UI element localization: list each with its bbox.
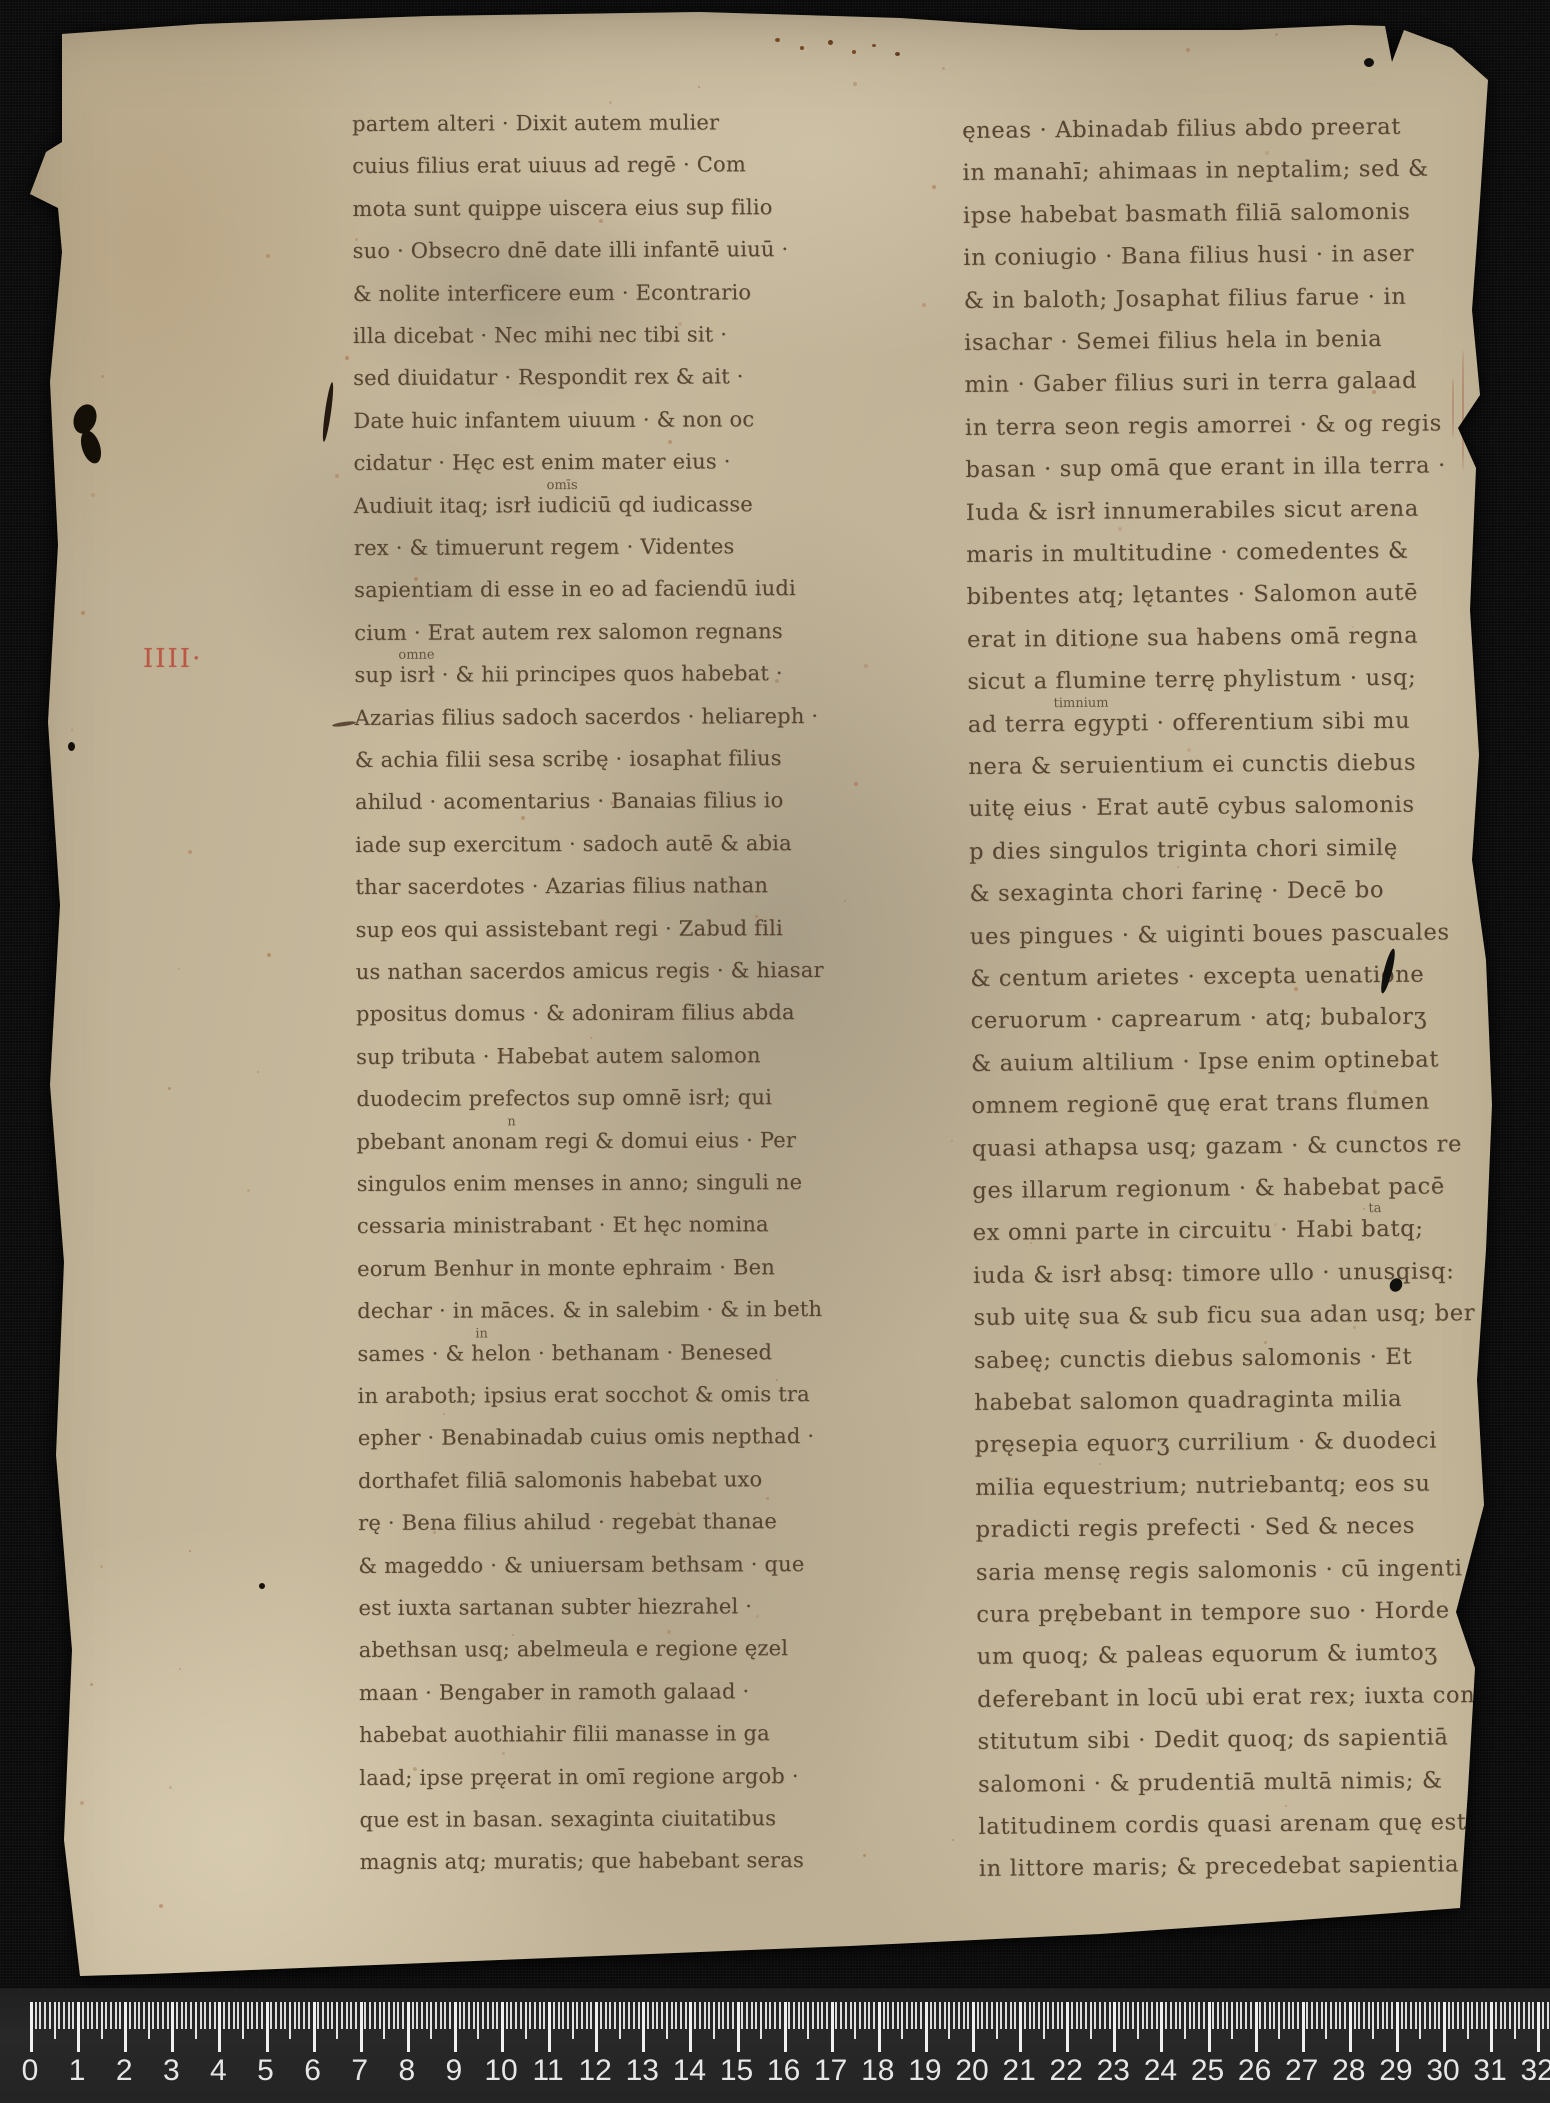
ruler-tick [1532, 2002, 1534, 2029]
manuscript-text-line: sup isrł · & hii principes quos habebat … [354, 661, 782, 705]
ruler-tick [1066, 2002, 1069, 2052]
ruler-tick [115, 2002, 117, 2029]
ruler-tick [162, 2002, 164, 2029]
parchment-speck [952, 1839, 954, 1841]
ruler-tick [826, 2002, 828, 2029]
parchment-speck [922, 303, 926, 307]
parchment-speck [1197, 630, 1201, 634]
ruler-tick [444, 2002, 446, 2029]
ruler-tick [294, 2002, 296, 2029]
ruler-tick [1368, 2002, 1370, 2029]
ruler-tick [148, 2002, 150, 2039]
ruler-number: 19 [908, 2054, 941, 2088]
ruler-tick [934, 2002, 936, 2029]
interlinear-gloss: omne [398, 648, 434, 663]
ruler-tick [1358, 2002, 1360, 2029]
parchment-speck [853, 82, 857, 86]
ruler-tick [1434, 2002, 1436, 2029]
parchment-speck [413, 1767, 417, 1771]
ruler-tick [275, 2002, 277, 2029]
manuscript-text-line: ceruorum · caprearum · atq; bubalorʒ [971, 1004, 1428, 1050]
ruler-tick [463, 2002, 465, 2029]
manuscript-text-line: p dies singulos triginta chori similę [969, 835, 1398, 881]
parchment-speck [864, 664, 868, 668]
ruler-tick [1019, 2002, 1022, 2052]
ruler-tick [1109, 2002, 1111, 2029]
parchment-speck [1196, 1820, 1199, 1823]
ruler-tick [473, 2002, 475, 2029]
parchment-speck [609, 101, 612, 104]
ruler-tick [590, 2002, 592, 2029]
manuscript-text-line: & achia filii sesa scribę · iosaphat fil… [355, 746, 782, 790]
parchment-speck [854, 782, 858, 786]
manuscript-text-line: deferebant in locū ubi erat rex; iuxta c… [977, 1682, 1476, 1729]
manuscript-text-line: dorthafet filiā salomonis habebat uxo [358, 1467, 763, 1511]
ruler-tick [200, 2002, 202, 2029]
ruler-tick [327, 2002, 329, 2029]
ruler-tick [812, 2002, 814, 2029]
ruler-tick [1113, 2002, 1116, 2052]
ruler-tick [534, 2002, 536, 2029]
ruler-tick [1217, 2002, 1219, 2029]
ruler-tick [981, 2002, 983, 2029]
ruler-tick [605, 2002, 607, 2029]
parchment-speck [590, 1037, 592, 1039]
interlinear-gloss: n [507, 1114, 515, 1129]
ruler-tick [298, 2002, 300, 2029]
ruler-tick [317, 2002, 319, 2029]
ruler-tick [1490, 2002, 1493, 2052]
ruler-tick [1302, 2002, 1305, 2052]
ruler-tick [953, 2002, 955, 2029]
parchment-speck [1206, 1702, 1209, 1705]
parchment-speck [766, 1497, 769, 1500]
ruler-tick [845, 2002, 847, 2029]
parchment-speck [600, 919, 604, 923]
ruler-tick [44, 2002, 46, 2029]
ruler-tick [30, 2002, 33, 2052]
manuscript-text-line: sames · & helon · bethanam · Benesed [357, 1340, 772, 1384]
parchment-speck [1362, 508, 1366, 512]
parchment-speck [756, 1615, 759, 1618]
ruler-tick [732, 2002, 734, 2029]
ruler-tick [1523, 2002, 1525, 2029]
ruler-tick [63, 2002, 65, 2029]
manuscript-page: IIII· partem alteri · Dixit autem mulier… [0, 0, 1550, 2103]
ruler-tick [1330, 2002, 1332, 2029]
ruler-tick [930, 2002, 932, 2029]
ruler-number: 18 [861, 2054, 894, 2088]
ruler-tick [190, 2002, 192, 2029]
ruler-tick [228, 2002, 230, 2029]
ruler-tick [1094, 2002, 1096, 2029]
ink-blot [259, 1583, 265, 1589]
manuscript-text-line: pbebant anonam regi & domui eius · Per [356, 1128, 796, 1172]
ruler-tick [1476, 2002, 1478, 2029]
parchment-speck [1186, 48, 1190, 52]
ruler-tick [901, 2002, 903, 2039]
ruler-tick [1278, 2002, 1280, 2039]
ruler-number: 28 [1332, 2054, 1365, 2088]
manuscript-text-line: laad; ipse pręerat in omī regione argob … [359, 1764, 799, 1808]
ruler-tick [892, 2002, 894, 2029]
parchment-speck [589, 337, 593, 341]
ruler-tick [558, 2002, 560, 2029]
parchment-speck [1372, 390, 1376, 394]
ruler-tick [656, 2002, 658, 2029]
manuscript-text-line: ues pingues · & uiginti boues pascuales [970, 919, 1450, 966]
parchment-speck [942, 67, 945, 70]
ruler-tick [171, 2002, 174, 2052]
parchment-speck [1098, 763, 1100, 765]
ruler-tick [477, 2002, 479, 2039]
manuscript-text-line: omnem regionē quę erat trans flumen [971, 1089, 1430, 1135]
ruler-tick [751, 2002, 753, 2029]
ruler-tick [143, 2002, 145, 2029]
ruler-tick [760, 2002, 762, 2039]
ruler-tick [817, 2002, 819, 2029]
manuscript-text-line: ęneas · Abinadab filius abdo preerat [962, 114, 1401, 160]
ruler-tick [595, 2002, 598, 2052]
ruler-tick [1292, 2002, 1294, 2029]
ruler-tick [788, 2002, 790, 2029]
manuscript-text-line: pręsepia equorʒ currilium · & duodeci [975, 1428, 1438, 1474]
ruler-tick [1495, 2002, 1497, 2029]
parchment-speck [443, 1413, 445, 1415]
parchment-speck [697, 1276, 699, 1278]
manuscript-text-line: & mageddo · & uniuersam bethsam · que [358, 1552, 804, 1596]
manuscript-text-line: duodecim prefectos sup omnē isrł; qui [356, 1085, 772, 1129]
ruler-tick [1471, 2002, 1473, 2029]
ruler-tick [72, 2002, 74, 2029]
ruler-number: 27 [1285, 2054, 1318, 2088]
manuscript-text-line: rex · & timuerunt regem · Videntes [354, 534, 735, 578]
manuscript-text-line: illa dicebat · Nec mihi nec tibi sit · [353, 322, 727, 366]
ruler-tick [581, 2002, 583, 2029]
ruler-tick [831, 2002, 834, 2052]
parchment-speck [1177, 866, 1179, 868]
ink-blot [1364, 58, 1374, 67]
manuscript-text-line: ppositus domus · & adoniram filius abda [356, 1000, 795, 1044]
ruler-tick [765, 2002, 767, 2029]
ruler-tick [1443, 2002, 1446, 2052]
manuscript-text-line: maris in multitudine · comedentes & [966, 538, 1409, 584]
ruler-tick [1259, 2002, 1261, 2029]
ruler-tick [1240, 2002, 1242, 2029]
parchment-speck [668, 440, 672, 444]
ruler-tick [652, 2002, 654, 2029]
parchment-speck [687, 1394, 690, 1397]
ruler-tick [1504, 2002, 1506, 2029]
ruler-tick [1255, 2002, 1258, 2052]
ruler-tick [543, 2002, 545, 2029]
ruler-tick [685, 2002, 687, 2029]
ruler-tick [1349, 2002, 1352, 2052]
manuscript-text-line: ipse habebat basmath filiā salomonis [963, 198, 1411, 244]
ruler-tick [821, 2002, 823, 2029]
manuscript-text-line: Date huic infantem uiuum · & non oc [353, 407, 754, 451]
ruler-tick [854, 2002, 856, 2039]
ruler-tick [562, 2002, 564, 2029]
ruler-tick [393, 2002, 395, 2029]
ruler-number: 20 [955, 2054, 988, 2088]
parchment-speck [599, 219, 603, 223]
ruler-tick [185, 2002, 187, 2029]
ruler-tick [1325, 2002, 1327, 2039]
parchment-speck [1294, 987, 1298, 991]
ruler-tick [963, 2002, 965, 2029]
ruler-tick [1335, 2002, 1337, 2029]
manuscript-text-line: basan · sup omā que erant in illa terra … [965, 453, 1446, 500]
ruler-tick [1424, 2002, 1426, 2029]
ruler-tick [218, 2002, 221, 2052]
ink-blot [852, 50, 856, 54]
ruler-tick [1142, 2002, 1144, 2029]
ruler-tick [379, 2002, 381, 2029]
manuscript-text-line: cuius filius erat uiuus ad regē · Com [352, 153, 746, 197]
ruler-tick [134, 2002, 136, 2029]
interlinear-gloss: in [475, 1326, 488, 1341]
parchment-speck [433, 1531, 436, 1534]
ruler-tick [628, 2002, 630, 2029]
ruler-tick [958, 2002, 960, 2029]
ruler-tick [1123, 2002, 1125, 2029]
ruler-number: 32 [1521, 2054, 1550, 2088]
ink-blot [800, 46, 804, 50]
ruler-tick [633, 2002, 635, 2029]
ruler-tick [383, 2002, 385, 2039]
ruler-tick [454, 2002, 457, 2052]
ruler-tick [515, 2002, 517, 2029]
manuscript-text-line: uitę eius · Erat autē cybus salomonis [969, 792, 1415, 838]
ruler-tick [600, 2002, 602, 2029]
ruler-tick [1306, 2002, 1308, 2029]
ruler-tick [576, 2002, 578, 2029]
ruler-tick [1033, 2002, 1035, 2029]
parchment-speck [951, 1140, 953, 1142]
ruler-tick [237, 2002, 239, 2029]
ruler-tick [39, 2002, 41, 2029]
ruler-tick [1146, 2002, 1148, 2029]
ruler-tick [807, 2002, 809, 2039]
ruler-tick [1010, 2002, 1012, 2029]
ruler-tick [1377, 2002, 1379, 2029]
manuscript-text-line: sub uitę sua & sub ficu sua adan usq; be… [973, 1300, 1475, 1347]
parchment-speck [1284, 1105, 1286, 1107]
ruler-tick [680, 2002, 682, 2029]
parchment-speck [511, 934, 513, 936]
ruler-tick [482, 2002, 484, 2029]
manuscript-text-line: quasi athapsa usq; gazam · & cunctos re [972, 1131, 1463, 1178]
manuscript-text-line: cura prębebant in tempore suo · Horde [976, 1597, 1450, 1644]
ruler-tick [1057, 2002, 1059, 2029]
ruler-tick [1269, 2002, 1271, 2029]
ruler-tick [322, 2002, 324, 2029]
ruler-tick [1339, 2002, 1341, 2029]
manuscript-text-line: rę · Bena filius ahilud · regebat thanae [358, 1509, 777, 1553]
parchment-speck [776, 1379, 778, 1381]
ruler-tick [49, 2002, 51, 2029]
ruler-tick [1321, 2002, 1323, 2029]
ruler-tick [996, 2002, 998, 2039]
manuscript-text-line: saria mensę regis salomonis · cū ingenti [976, 1555, 1463, 1602]
ruler-tick [407, 2002, 410, 2052]
ruler-tick [209, 2002, 211, 2029]
manuscript-text-line: salomoni · & prudentiā multā nimis; & [978, 1767, 1443, 1813]
ruler-tick [859, 2002, 861, 2029]
ruler-tick [779, 2002, 781, 2029]
ruler-tick [784, 2002, 787, 2052]
parchment-speck [678, 322, 682, 326]
parchment-speck [179, 1668, 181, 1670]
ruler-tick [1283, 2002, 1285, 2029]
ruler-tick [840, 2002, 842, 2029]
ruler-tick [1175, 2002, 1177, 2029]
parchment-speck [71, 729, 73, 731]
ruler-tick [336, 2002, 338, 2039]
ruler-tick [364, 2002, 366, 2029]
parchment-speck [844, 900, 846, 902]
ruler-tick [609, 2002, 611, 2029]
ruler-tick [948, 2002, 950, 2039]
ruler-tick [87, 2002, 89, 2029]
ruler-number: 30 [1426, 2054, 1459, 2088]
ruler-tick [991, 2002, 993, 2029]
ruler-tick [58, 2002, 60, 2029]
manuscript-text-line: & sexaginta chori farinę · Decē bo [969, 877, 1384, 923]
parchment-wrap: IIII· partem alteri · Dixit autem mulier… [0, 0, 1550, 2103]
ruler-tick [1363, 2002, 1365, 2029]
ruler-tick [1354, 2002, 1356, 2029]
manuscript-text-line: sabeę; cunctis diebus salomonis · Et [974, 1343, 1413, 1389]
parchment-speck [100, 1565, 103, 1568]
parchment-speck [1118, 527, 1122, 531]
ruler: 0123456789101112131415161718192021222324… [0, 1988, 1550, 2103]
ruler-tick [1542, 2002, 1544, 2029]
manuscript-text-line: in terra seon regis amorrei · & og regis [965, 410, 1442, 457]
ruler-tick [152, 2002, 154, 2029]
ruler-tick [1401, 2002, 1403, 2029]
ruler-tick [539, 2002, 541, 2029]
ruler-tick [755, 2002, 757, 2029]
ruler-tick [421, 2002, 423, 2029]
ruler-number: 17 [814, 2054, 847, 2088]
ruler-tick [1052, 2002, 1054, 2029]
manuscript-text-line: latitudinem cordis quasi arenam quę est [978, 1809, 1467, 1856]
manuscript-text-line: cessaria ministrabant · Et hęc nomina [357, 1213, 769, 1257]
ruler-tick [1481, 2002, 1483, 2029]
parchment-speck [521, 816, 525, 820]
parchment-speck [257, 1071, 259, 1073]
ruler-tick [1198, 2002, 1200, 2029]
ruler-tick [1029, 2002, 1031, 2029]
parchment-speck [423, 1649, 426, 1652]
parchment-speck [1274, 1223, 1277, 1226]
ruler-tick [1000, 2002, 1002, 2029]
ruler-tick [181, 2002, 183, 2029]
ruler-tick [1547, 2002, 1549, 2029]
ruler-number: 13 [626, 2054, 659, 2088]
ruler-tick [1462, 2002, 1464, 2029]
manuscript-text-line: Azarias filius sadoch sacerdos · heliare… [355, 704, 819, 748]
manuscript-text-line: in coniugio · Bana filius husi · in aser [963, 241, 1414, 287]
ruler-tick [355, 2002, 357, 2029]
ruler-tick [289, 2002, 291, 2039]
ruler-tick [1344, 2002, 1346, 2029]
ruler-number: 29 [1379, 2054, 1412, 2088]
ruler-tick [270, 2002, 272, 2029]
manuscript-text-line: magnis atq; muratis; que habebant seras [360, 1848, 805, 1892]
ruler-tick [694, 2002, 696, 2029]
ruler-tick [1118, 2002, 1120, 2029]
parchment-speck [1108, 645, 1112, 649]
ruler-tick [1179, 2002, 1181, 2029]
ruler-tick [402, 2002, 404, 2029]
ruler-tick [1245, 2002, 1247, 2029]
ruler-tick [54, 2002, 56, 2039]
ruler-tick [1099, 2002, 1101, 2029]
manuscript-text-line: thar sacerdotes · Azarias filius nathan [355, 873, 768, 917]
ruler-tick [492, 2002, 494, 2029]
ruler-tick [708, 2002, 710, 2029]
manuscript-text-line: sup eos qui assistebant regi · Zabud fil… [356, 916, 783, 960]
ruler-number: 0 [22, 2054, 39, 2088]
ruler-tick [1104, 2002, 1106, 2029]
ruler-tick [1047, 2002, 1049, 2029]
parchment-speck [755, 915, 758, 918]
manuscript-text-line: & auium altilium · Ipse enim optinebat [971, 1046, 1439, 1092]
ink-blot [1452, 378, 1454, 438]
ruler-tick [195, 2002, 197, 2039]
ruler-tick [1038, 2002, 1040, 2029]
ruler-tick [967, 2002, 969, 2029]
parchment-speck [1373, 1090, 1377, 1094]
parchment-speck [1264, 1341, 1267, 1344]
ink-blot [332, 720, 356, 727]
manuscript-text-line: abethsan usq; abelmeula e regione ęzel [359, 1637, 789, 1681]
ruler-tick [883, 2002, 885, 2029]
ruler-tick [138, 2002, 140, 2029]
ruler-tick [506, 2002, 508, 2029]
ruler-tick [167, 2002, 169, 2029]
ruler-number: 21 [1002, 2054, 1035, 2088]
ruler-tick [1311, 2002, 1313, 2029]
ruler-tick [204, 2002, 206, 2029]
manuscript-text-line: est iuxta sartanan subter hiezrahel · [358, 1594, 752, 1638]
ruler-tick [614, 2002, 616, 2029]
parchment-speck [168, 1087, 171, 1090]
ruler-tick [1226, 2002, 1228, 2029]
ruler-tick [1212, 2002, 1214, 2029]
ruler-tick [223, 2002, 225, 2029]
ruler-tick [1014, 2002, 1016, 2029]
interlinear-gloss: ta [1368, 1201, 1381, 1216]
ink-blot [321, 382, 335, 442]
ruler-tick [1156, 2002, 1158, 2029]
ruler-tick [1396, 2002, 1399, 2052]
parchment-speck [610, 801, 614, 805]
ruler-number: 23 [1097, 2054, 1130, 2088]
ruler-tick [1236, 2002, 1238, 2029]
ruler-tick [548, 2002, 551, 2052]
ruler-tick [977, 2002, 979, 2029]
manuscript-text-line: ahilud · acomentarius · Banaias filius i… [355, 789, 784, 833]
ruler-tick [1165, 2002, 1167, 2029]
ruler-tick [675, 2002, 677, 2029]
manuscript-text-line: in araboth; ipsius erat socchot & omis t… [358, 1382, 810, 1426]
parchment-speck [1187, 748, 1191, 752]
parchment-speck [178, 968, 180, 970]
